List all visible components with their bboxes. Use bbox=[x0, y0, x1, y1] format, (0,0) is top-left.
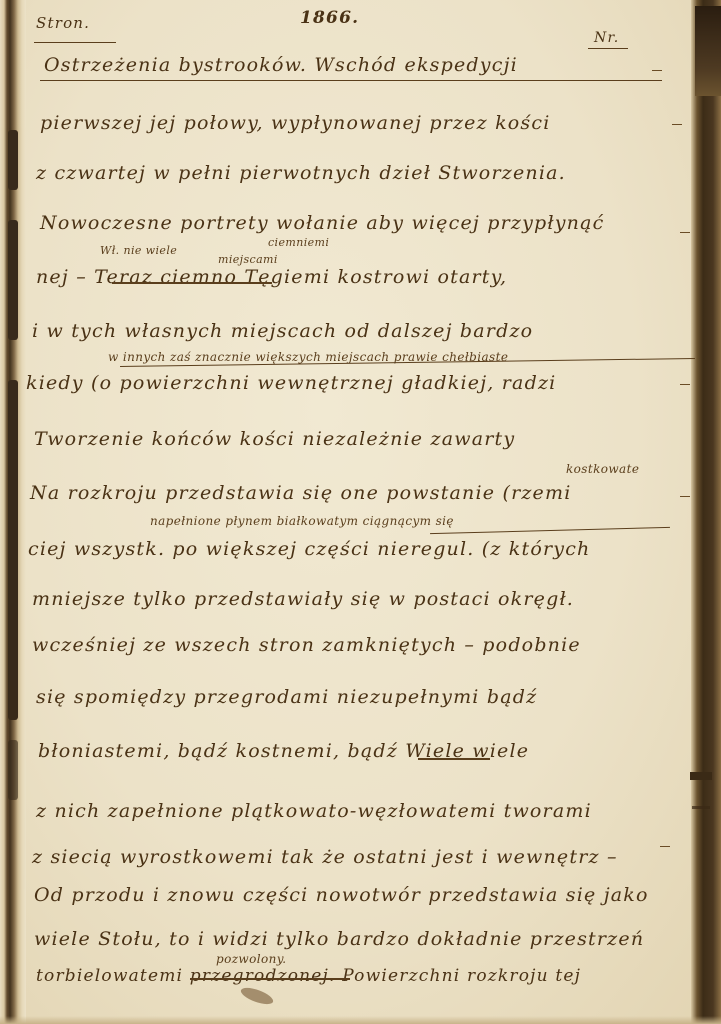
header-number-label: Nr. bbox=[594, 30, 619, 46]
paper-tear bbox=[8, 130, 18, 190]
interlinear-insertion: kostkowate bbox=[566, 462, 639, 476]
line-hyphen bbox=[680, 384, 690, 385]
manuscript-page: Stron. 1866. Nr. Ostrzeżenia bystrooków.… bbox=[0, 0, 721, 1024]
right-binding-edge bbox=[691, 0, 721, 1024]
text-line-7: Tworzenie końców kości niezależnie zawar… bbox=[34, 428, 515, 450]
text-line-4: nej – Teraz ciemno Tęgiemi kostrowi otar… bbox=[36, 266, 507, 288]
paper-tear bbox=[8, 220, 18, 340]
text-line-1: pierwszej jej połowy, wypłynowanej przez… bbox=[40, 112, 551, 134]
page-bottom-edge bbox=[0, 1016, 721, 1024]
text-line-14: z nich zapełnione plątkowato-węzłowatemi… bbox=[36, 800, 592, 822]
text-line-12: się spomiędzy przegrodami niezupełnymi b… bbox=[36, 686, 537, 708]
text-line-3: Nowoczesne portrety wołanie aby więcej p… bbox=[40, 212, 605, 234]
text-line-9: ciej wszystk. po większej części nieregu… bbox=[28, 538, 591, 560]
header-underline bbox=[34, 42, 116, 43]
text-line-15: z siecią wyrostkowemi tak że ostatni jes… bbox=[32, 846, 618, 868]
text-line-17: wiele Stołu, to i widzi tylko bardzo dok… bbox=[34, 928, 644, 950]
header-left-label: Stron. bbox=[36, 14, 90, 32]
title-underline bbox=[40, 80, 662, 81]
header-year: 1866. bbox=[300, 8, 359, 28]
interlinear-insertion: miejscami bbox=[218, 253, 278, 266]
line-hyphen bbox=[680, 496, 690, 497]
page-tab-mark bbox=[690, 772, 712, 780]
text-line-11: wcześniej ze wszech stron zamkniętych – … bbox=[32, 634, 581, 656]
strikethrough-mark bbox=[190, 978, 350, 980]
line-hyphen bbox=[680, 232, 690, 233]
text-line-5: i w tych własnych miejscach od dalszej b… bbox=[32, 320, 533, 342]
insertion-underline bbox=[430, 527, 670, 534]
line-hyphen bbox=[672, 124, 682, 125]
page-title: Ostrzeżenia bystrooków. Wschód ekspedycj… bbox=[44, 54, 518, 76]
text-line-6: kiedy (o powierzchni wewnętrznej gładkie… bbox=[26, 372, 556, 394]
text-line-8: Na rozkroju przedstawia się one powstani… bbox=[30, 482, 572, 504]
text-line-2: z czwartej w pełni pierwotnych dzieł Stw… bbox=[36, 162, 566, 184]
left-binding-edge bbox=[0, 0, 26, 1024]
interlinear-insertion: ciemniemi bbox=[268, 236, 329, 249]
interlinear-insertion: pozwolony. bbox=[216, 952, 287, 966]
line-hyphen bbox=[652, 70, 662, 71]
text-line-18: torbielowatemi przegrodzonej. Powierzchn… bbox=[36, 966, 581, 986]
paper-tear bbox=[8, 380, 18, 720]
text-line-10: mniejsze tylko przedstawiały się w posta… bbox=[32, 588, 574, 610]
interlinear-insertion: napełnione płynem białkowatym ciągnącym … bbox=[150, 514, 454, 528]
page-tab-mark bbox=[692, 806, 710, 809]
strikethrough-mark bbox=[418, 758, 490, 760]
interlinear-insertion: Wł. nie wiele bbox=[100, 244, 177, 257]
ink-blot bbox=[239, 985, 275, 1008]
paper-tear bbox=[8, 740, 18, 800]
line-hyphen bbox=[660, 846, 670, 847]
text-line-16: Od przodu i znowu części nowotwór przeds… bbox=[34, 884, 649, 906]
strikethrough-mark bbox=[112, 282, 272, 284]
binding-shadow bbox=[695, 6, 721, 96]
number-underline bbox=[588, 48, 628, 49]
